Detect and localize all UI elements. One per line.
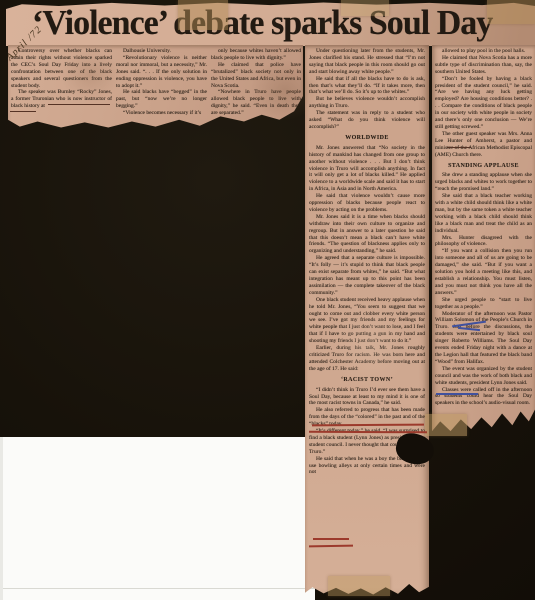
section-subhead: ‘RACIST TOWN’ — [309, 377, 425, 384]
article-paragraph: allowed to play pool in the pool halls. — [435, 48, 532, 55]
article-paragraph: Dalhousie University. — [116, 48, 207, 55]
article-column-4: Under questioning later from the student… — [309, 45, 425, 476]
table-surface — [0, 437, 315, 600]
newspaper-headline-strip: ‘Violence’ debate sparks Soul Day — [6, 2, 535, 46]
section-subhead: STANDING APPLAUSE — [435, 163, 532, 170]
article-column-5: allowed to play pool in the pool halls.H… — [435, 45, 532, 407]
article-paragraph: He said that violence wouldn’t cause mor… — [309, 193, 425, 214]
article-paragraph: Mrs. Hunter disagreed with the philosoph… — [435, 235, 532, 249]
tape-piece — [328, 576, 390, 596]
article-paragraph: Mr. Jones answered that “No society in t… — [309, 145, 425, 193]
article-paragraph: He claimed that Nova Scotia has a more s… — [435, 55, 532, 76]
pen-underline-rocky-jones — [48, 104, 110, 105]
clipping-columns-1-3: Controversy over whether blacks can atta… — [8, 45, 303, 130]
clipping-column-5: allowed to play pool in the pool halls.H… — [432, 45, 535, 437]
article-paragraph: The statement was in reply to a student … — [309, 110, 425, 131]
pen-underline-rocky-jones — [10, 111, 36, 112]
article-paragraph: The other guest speaker was Mrs. Anna Le… — [435, 131, 532, 159]
article-paragraph: “If you want a collision then you run in… — [435, 248, 532, 296]
article-column-2: Dalhousie University.“Revolutionary viol… — [116, 45, 207, 117]
tape-piece — [487, 0, 535, 24]
article-paragraph: She urged people to “start to live toget… — [435, 297, 532, 311]
section-subhead: WORLDWIDE — [309, 135, 425, 142]
article-paragraph: “Don’t be fooled by having a black presi… — [435, 76, 532, 131]
scrapbook-page: ‘Violence’ debate sparks Soul Day April … — [0, 0, 535, 600]
pen-underline-lynn-jones — [313, 538, 349, 540]
article-paragraph: He claimed that police have “brutalized”… — [211, 62, 301, 90]
article-paragraph: “Violence becomes necessary if it’s — [116, 110, 207, 117]
article-paragraph: Earlier, during his talk, Mr. Jones roug… — [309, 345, 425, 373]
article-paragraph: Controversy over whether blacks can atta… — [11, 48, 112, 89]
surface-edge-line — [3, 588, 315, 589]
article-paragraph: But he believes violence wouldn’t accomp… — [309, 96, 425, 110]
article-paragraph: “I didn’t think in Truro I’d ever see th… — [309, 387, 425, 408]
article-paragraph: She said that a black teacher working wi… — [435, 193, 532, 234]
article-paragraph: The speaker was Burnley “Rocky” Jones, a… — [11, 89, 112, 110]
article-paragraph: Classes were called off in the afternoon… — [435, 387, 532, 408]
article-column-1: Controversy over whether blacks can atta… — [11, 45, 112, 110]
tape-piece — [425, 414, 467, 436]
article-paragraph: She drew a standing applause when she ur… — [435, 172, 532, 193]
clipping-column-4: Under questioning later from the student… — [305, 45, 429, 595]
pen-underline-hunter — [447, 147, 471, 148]
article-paragraph: The event was organized by the student c… — [435, 366, 532, 387]
pen-underline-lynn-jones-said — [436, 393, 478, 395]
article-column-3: only because whites haven’t allowed blac… — [211, 45, 301, 117]
tape-piece — [341, 0, 389, 16]
article-paragraph: Under questioning later from the student… — [309, 48, 425, 76]
article-paragraph: Moderator of the afternoon was Pastor Wi… — [435, 311, 532, 366]
article-paragraph: only because whites haven’t allowed blac… — [211, 48, 301, 62]
article-paragraph: He said that if all the blacks have to d… — [309, 76, 425, 97]
headline: ‘Violence’ debate sparks Soul Day — [32, 3, 522, 43]
article-paragraph: “Nowhere in Truro have people allowed bl… — [211, 89, 301, 117]
article-paragraph: Mr. Jones said it is a time when blacks … — [309, 214, 425, 255]
article-paragraph: He said blacks have “begged” in the past… — [116, 89, 207, 110]
article-paragraph: He agreed that a separate culture is imp… — [309, 255, 425, 296]
tape-piece — [178, 0, 228, 30]
article-paragraph: “Revolutionary violence is neither moral… — [116, 55, 207, 90]
article-paragraph: One black student received heavy applaus… — [309, 297, 425, 345]
